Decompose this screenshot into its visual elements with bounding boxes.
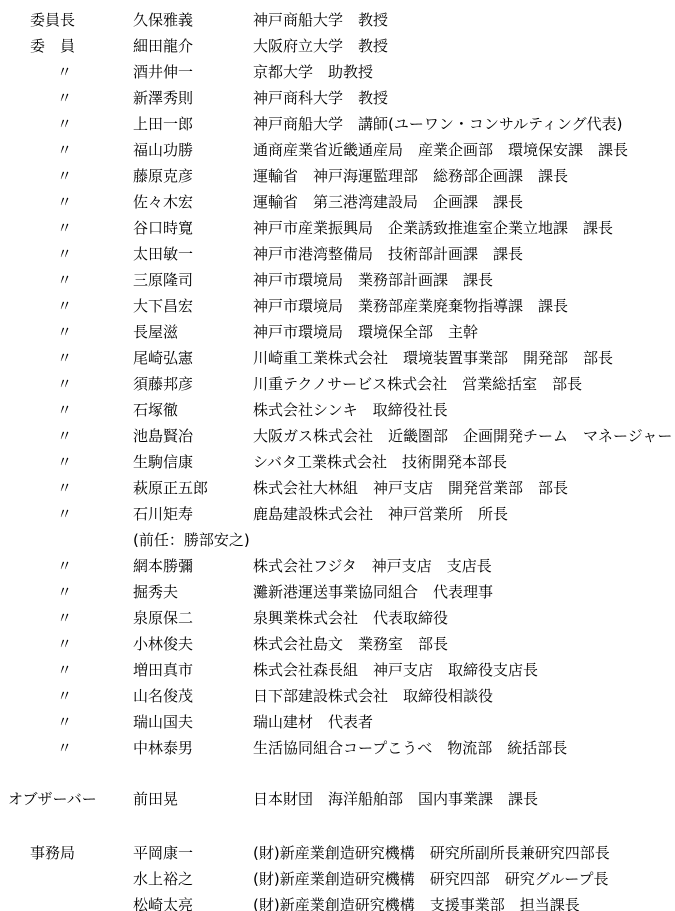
name-cell: 藤原克彦 <box>133 165 253 186</box>
affiliation-cell: 大阪府立大学 教授 <box>253 35 675 56</box>
member-row: 〃大下昌宏神戸市環境局 業務部産業廃棄物指導課 課長 <box>8 292 675 318</box>
ditto-mark: 〃 <box>8 711 133 732</box>
member-row: 委員長久保雅義神戸商船大学 教授 <box>8 6 675 32</box>
affiliation-cell: 日下部建設株式会社 取締役相談役 <box>253 685 675 706</box>
member-row: 〃増田真市株式会社森長組 神戸支店 取締役支店長 <box>8 656 675 682</box>
ditto-mark: 〃 <box>8 217 133 238</box>
affiliation-cell: 神戸市港湾整備局 技術部計画課 課長 <box>253 243 675 264</box>
affiliation-cell: 株式会社大林組 神戸支店 開発営業部 部長 <box>253 477 675 498</box>
ditto-mark: 〃 <box>8 659 133 680</box>
name-cell: 上田一郎 <box>133 113 253 134</box>
name-cell: (前任：勝部安之) <box>133 529 253 550</box>
affiliation-cell: 川重テクノサービス株式会社 営業総括室 部長 <box>253 373 675 394</box>
member-row: 〃中林泰男生活協同組合コープこうべ 物流部 統括部長 <box>8 734 675 760</box>
ditto-mark: 〃 <box>8 607 133 628</box>
member-row: 〃太田敏一神戸市港湾整備局 技術部計画課 課長 <box>8 240 675 266</box>
member-row: 〃生駒信康シバタ工業株式会社 技術開発本部長 <box>8 448 675 474</box>
affiliation-cell: (財)新産業創造研究機構 研究四部 研究グループ長 <box>253 868 675 889</box>
name-cell: 三原隆司 <box>133 269 253 290</box>
member-row: 〃藤原克彦運輸省 神戸海運監理部 総務部企画課 課長 <box>8 162 675 188</box>
name-cell: 佐々木宏 <box>133 191 253 212</box>
ditto-mark: 〃 <box>8 581 133 602</box>
affiliation-cell: 京都大学 助教授 <box>253 61 675 82</box>
member-row: 〃福山功勝通商産業省近畿通産局 産業企画部 環境保安課 課長 <box>8 136 675 162</box>
name-cell: 生駒信康 <box>133 451 253 472</box>
member-row: 〃萩原正五郎株式会社大林組 神戸支店 開発営業部 部長 <box>8 474 675 500</box>
member-row: オブザーバー前田晃日本財団 海洋船舶部 国内事業課 課長 <box>8 785 675 811</box>
ditto-mark: 〃 <box>8 373 133 394</box>
ditto-mark: 〃 <box>8 269 133 290</box>
affiliation-cell: 生活協同組合コープこうべ 物流部 統括部長 <box>253 737 675 758</box>
ditto-mark: 〃 <box>8 165 133 186</box>
ditto-mark: 〃 <box>8 295 133 316</box>
affiliation-cell: 神戸商科大学 教授 <box>253 87 675 108</box>
name-cell: 大下昌宏 <box>133 295 253 316</box>
affiliation-cell: 鹿島建設株式会社 神戸営業所 所長 <box>253 503 675 524</box>
member-row: 〃網本勝彌株式会社フジタ 神戸支店 支店長 <box>8 552 675 578</box>
name-cell: 瑞山国夫 <box>133 711 253 732</box>
name-cell: 谷口時寛 <box>133 217 253 238</box>
affiliation-cell: 灘新港運送事業協同組合 代表理事 <box>253 581 675 602</box>
affiliation-cell: シバタ工業株式会社 技術開発本部長 <box>253 451 675 472</box>
ditto-mark: 〃 <box>8 425 133 446</box>
ditto-mark: 〃 <box>8 685 133 706</box>
secretariat-section: 事務局平岡康一(財)新産業創造研究機構 研究所副所長兼研究四部長水上裕之(財)新… <box>8 839 675 911</box>
member-row: 松崎太亮(財)新産業創造研究機構 支援事業部 担当課長 <box>8 891 675 911</box>
name-cell: 前田晃 <box>133 788 253 809</box>
member-row: 〃瑞山国夫瑞山建材 代表者 <box>8 708 675 734</box>
ditto-mark: 〃 <box>8 451 133 472</box>
name-cell: 石川矩寿 <box>133 503 253 524</box>
member-row: 〃小林俊夫株式会社島文 業務室 部長 <box>8 630 675 656</box>
affiliation-cell: 運輸省 神戸海運監理部 総務部企画課 課長 <box>253 165 675 186</box>
ditto-mark: 〃 <box>8 633 133 654</box>
member-row: 〃石塚徹株式会社シンキ 取締役社長 <box>8 396 675 422</box>
affiliation-cell: 神戸商船大学 教授 <box>253 9 675 30</box>
ditto-mark: 〃 <box>8 139 133 160</box>
member-row: 〃泉原保二泉興業株式会社 代表取締役 <box>8 604 675 630</box>
member-row: 〃掘秀夫灘新港運送事業協同組合 代表理事 <box>8 578 675 604</box>
ditto-mark: 〃 <box>8 61 133 82</box>
affiliation-cell: 株式会社島文 業務室 部長 <box>253 633 675 654</box>
role-cell: 事務局 <box>8 842 133 863</box>
affiliation-cell: 神戸市産業振興局 企業誘致推進室企業立地課 課長 <box>253 217 675 238</box>
name-cell: 松崎太亮 <box>133 894 253 911</box>
member-row: 〃尾崎弘憲川崎重工業株式会社 環境装置事業部 開発部 部長 <box>8 344 675 370</box>
member-list-document: 委員長久保雅義神戸商船大学 教授委 員細田龍介大阪府立大学 教授〃酒井伸一京都大… <box>0 0 675 911</box>
name-cell: 山名俊茂 <box>133 685 253 706</box>
role-cell: オブザーバー <box>8 788 133 809</box>
affiliation-cell: 神戸商船大学 講師(ユーワン・コンサルティング代表) <box>253 113 675 134</box>
ditto-mark: 〃 <box>8 737 133 758</box>
member-row: 〃長屋滋神戸市環境局 環境保全部 主幹 <box>8 318 675 344</box>
ditto-mark: 〃 <box>8 243 133 264</box>
ditto-mark: 〃 <box>8 113 133 134</box>
name-cell: 中林泰男 <box>133 737 253 758</box>
name-cell: 掘秀夫 <box>133 581 253 602</box>
member-row: 〃池島賢冶大阪ガス株式会社 近畿圏部 企画開発チーム マネージャー <box>8 422 675 448</box>
ditto-mark: 〃 <box>8 321 133 342</box>
affiliation-cell: 株式会社森長組 神戸支店 取締役支店長 <box>253 659 675 680</box>
name-cell: 増田真市 <box>133 659 253 680</box>
affiliation-cell: 日本財団 海洋船舶部 国内事業課 課長 <box>253 788 675 809</box>
member-row: 〃石川矩寿鹿島建設株式会社 神戸営業所 所長 <box>8 500 675 526</box>
ditto-mark: 〃 <box>8 347 133 368</box>
member-row: 〃新澤秀則神戸商科大学 教授 <box>8 84 675 110</box>
affiliation-cell: 神戸市環境局 業務部産業廃棄物指導課 課長 <box>253 295 675 316</box>
committee-section: 委員長久保雅義神戸商船大学 教授委 員細田龍介大阪府立大学 教授〃酒井伸一京都大… <box>8 6 675 760</box>
name-cell: 石塚徹 <box>133 399 253 420</box>
affiliation-cell: 大阪ガス株式会社 近畿圏部 企画開発チーム マネージャー <box>253 425 675 446</box>
name-cell: 尾崎弘憲 <box>133 347 253 368</box>
ditto-mark: 〃 <box>8 555 133 576</box>
affiliation-cell: 瑞山建材 代表者 <box>253 711 675 732</box>
name-cell: 平岡康一 <box>133 842 253 863</box>
ditto-mark: 〃 <box>8 503 133 524</box>
name-cell: 池島賢冶 <box>133 425 253 446</box>
member-row: 〃三原隆司神戸市環境局 業務部計画課 課長 <box>8 266 675 292</box>
member-row: 〃佐々木宏運輸省 第三港湾建設局 企画課 課長 <box>8 188 675 214</box>
member-row: 〃上田一郎神戸商船大学 講師(ユーワン・コンサルティング代表) <box>8 110 675 136</box>
ditto-mark: 〃 <box>8 477 133 498</box>
member-row: 〃谷口時寛神戸市産業振興局 企業誘致推進室企業立地課 課長 <box>8 214 675 240</box>
affiliation-cell: 運輸省 第三港湾建設局 企画課 課長 <box>253 191 675 212</box>
name-cell: 細田龍介 <box>133 35 253 56</box>
name-cell: 網本勝彌 <box>133 555 253 576</box>
affiliation-cell: 通商産業省近畿通産局 産業企画部 環境保安課 課長 <box>253 139 675 160</box>
observer-section: オブザーバー前田晃日本財団 海洋船舶部 国内事業課 課長 <box>8 785 675 811</box>
member-row: 〃酒井伸一京都大学 助教授 <box>8 58 675 84</box>
name-cell: 萩原正五郎 <box>133 477 253 498</box>
name-cell: 須藤邦彦 <box>133 373 253 394</box>
name-cell: 太田敏一 <box>133 243 253 264</box>
affiliation-cell: 神戸市環境局 業務部計画課 課長 <box>253 269 675 290</box>
member-row: 事務局平岡康一(財)新産業創造研究機構 研究所副所長兼研究四部長 <box>8 839 675 865</box>
name-cell: 福山功勝 <box>133 139 253 160</box>
ditto-mark: 〃 <box>8 87 133 108</box>
affiliation-cell: 川崎重工業株式会社 環境装置事業部 開発部 部長 <box>253 347 675 368</box>
ditto-mark: 〃 <box>8 399 133 420</box>
member-row: (前任：勝部安之) <box>8 526 675 552</box>
affiliation-cell: 泉興業株式会社 代表取締役 <box>253 607 675 628</box>
member-row: 〃山名俊茂日下部建設株式会社 取締役相談役 <box>8 682 675 708</box>
affiliation-cell: (財)新産業創造研究機構 支援事業部 担当課長 <box>253 894 675 911</box>
member-row: 委 員細田龍介大阪府立大学 教授 <box>8 32 675 58</box>
member-row: 水上裕之(財)新産業創造研究機構 研究四部 研究グループ長 <box>8 865 675 891</box>
affiliation-cell: 株式会社フジタ 神戸支店 支店長 <box>253 555 675 576</box>
ditto-mark: 〃 <box>8 191 133 212</box>
name-cell: 新澤秀則 <box>133 87 253 108</box>
name-cell: 小林俊夫 <box>133 633 253 654</box>
role-cell: 委 員 <box>8 35 133 56</box>
member-row: 〃須藤邦彦川重テクノサービス株式会社 営業総括室 部長 <box>8 370 675 396</box>
name-cell: 久保雅義 <box>133 9 253 30</box>
affiliation-cell: 神戸市環境局 環境保全部 主幹 <box>253 321 675 342</box>
name-cell: 酒井伸一 <box>133 61 253 82</box>
name-cell: 水上裕之 <box>133 868 253 889</box>
affiliation-cell: (財)新産業創造研究機構 研究所副所長兼研究四部長 <box>253 842 675 863</box>
name-cell: 泉原保二 <box>133 607 253 628</box>
affiliation-cell: 株式会社シンキ 取締役社長 <box>253 399 675 420</box>
role-cell: 委員長 <box>8 9 133 30</box>
name-cell: 長屋滋 <box>133 321 253 342</box>
